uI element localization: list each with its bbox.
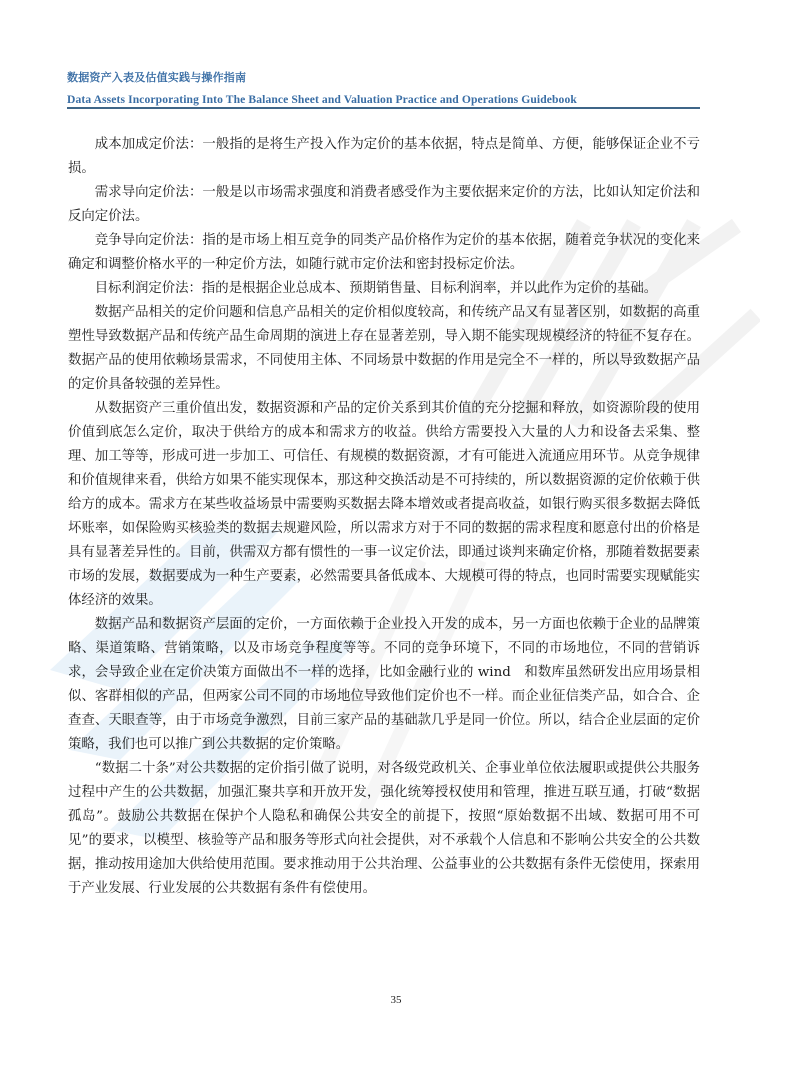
paragraph-cost-plus-pricing: 成本加成定价法：一般指的是将生产投入作为定价的基本依据，特点是简单、方便，能够保…	[68, 133, 700, 181]
paragraph-triple-value: 从数据资产三重价值出发，数据资源和产品的定价关系到其价值的充分挖掘和释放，如资源…	[68, 397, 700, 613]
paragraph-enterprise-pricing: 数据产品和数据资产层面的定价，一方面依赖于企业投入开发的成本，另一方面也依赖于企…	[68, 613, 700, 757]
page-number: 35	[0, 994, 792, 1006]
paragraph-competition-oriented-pricing: 竞争导向定价法：指的是市场上相互竞争的同类产品价格作为定价的基本依据，随着竞争状…	[68, 229, 700, 277]
body-text: 成本加成定价法：一般指的是将生产投入作为定价的基本依据，特点是简单、方便，能够保…	[68, 133, 700, 901]
running-header: 数据资产入表及估值实践与操作指南 Data Assets Incorporati…	[67, 70, 700, 109]
paragraph-target-profit-pricing: 目标利润定价法：指的是根据企业总成本、预期销售量、目标利润率，并以此作为定价的基…	[68, 277, 700, 301]
header-divider	[67, 107, 700, 109]
paragraph-public-data-pricing: “数据二十条”对公共数据的定价指引做了说明，对各级党政机关、企事业单位依法履职或…	[68, 757, 700, 901]
header-title-cn: 数据资产入表及估值实践与操作指南	[67, 70, 700, 86]
paragraph-data-product-pricing: 数据产品相关的定价问题和信息产品相关的定价相似度较高，和传统产品又有显著区别，如…	[68, 301, 700, 397]
paragraph-demand-oriented-pricing: 需求导向定价法：一般是以市场需求强度和消费者感受作为主要依据来定价的方法，比如认…	[68, 181, 700, 229]
document-page: 数据资产入表及估值实践与操作指南 Data Assets Incorporati…	[0, 0, 792, 1076]
